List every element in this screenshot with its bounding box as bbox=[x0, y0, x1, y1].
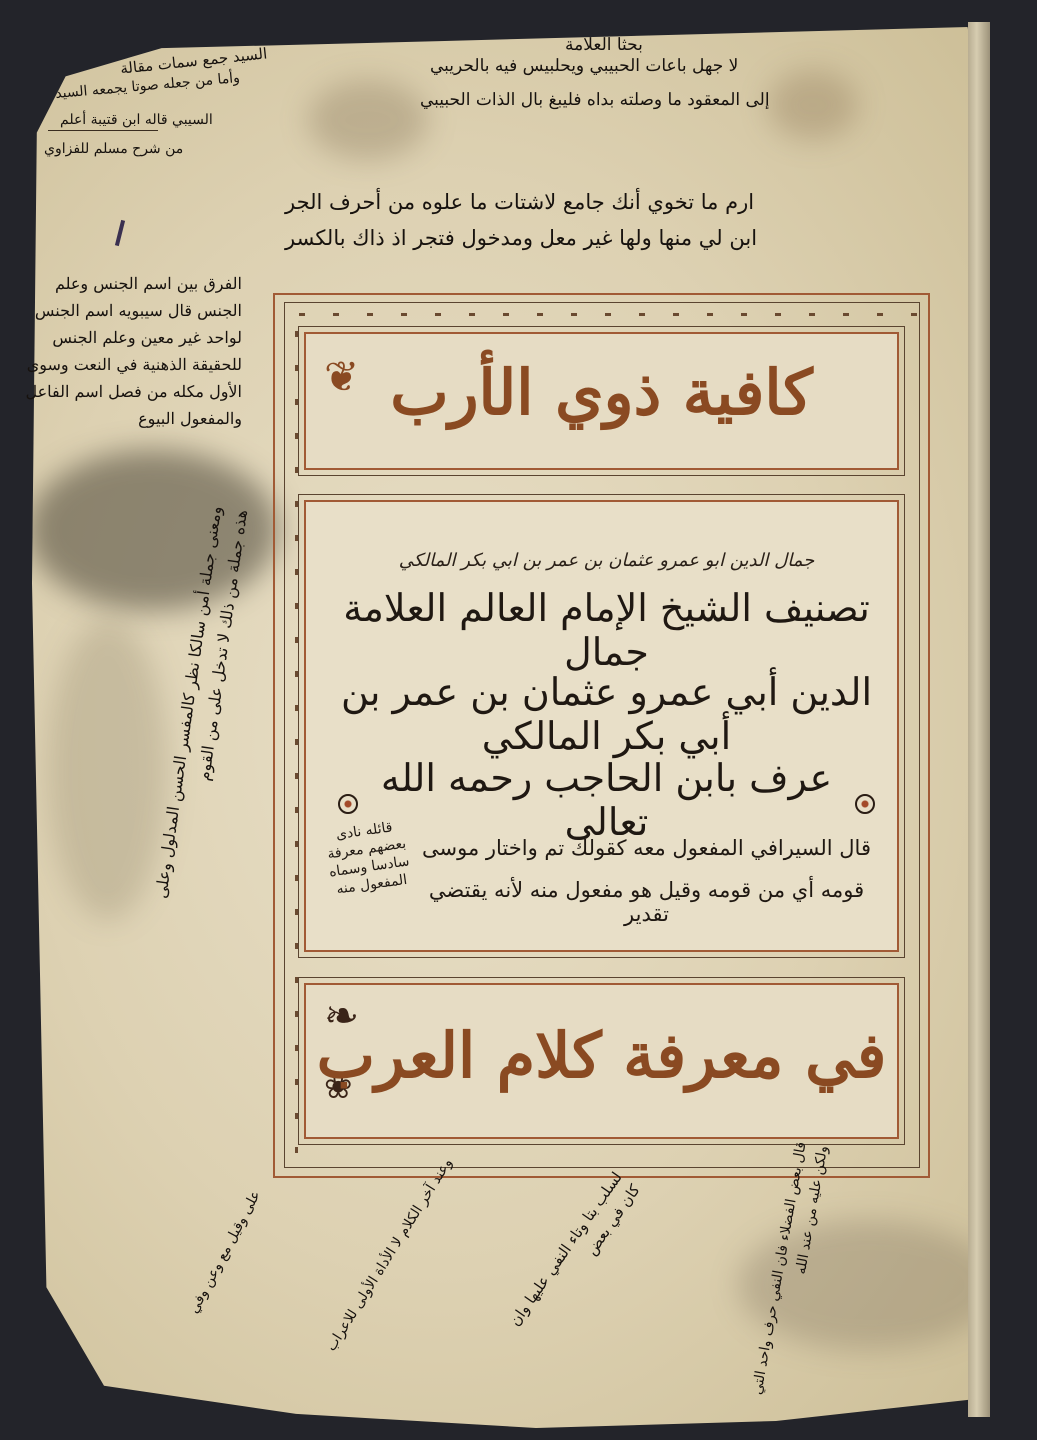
water-stain bbox=[308, 80, 428, 160]
margin-note-top: السيبي قاله ابن قتيبة أعلم bbox=[60, 112, 213, 128]
title-panel-top: ❦ كافية ذوي الأرب bbox=[304, 332, 899, 470]
note-line: قال السيرافي المفعول معه كقولك تم واختار… bbox=[416, 836, 877, 860]
title-text-top: كافية ذوي الأرب bbox=[306, 356, 897, 429]
title-text-bottom: في معرفة كلام العرب bbox=[306, 1019, 897, 1092]
main-text-line: عرف بابن الحاجب رحمه الله تعالى bbox=[336, 756, 877, 844]
divider-rule bbox=[48, 130, 158, 131]
note-line: قومه أي من قومه وقيل هو مفعول منه لأنه ي… bbox=[416, 878, 877, 926]
verse-line: ارم ما تخوي أنك جامع لاشتات ما علوه من أ… bbox=[285, 190, 754, 214]
interlinear-gloss: جمال الدين ابو عمرو عثمان بن عمر بن ابي … bbox=[336, 550, 877, 571]
verse-line: ابن لي منها ولها غير معل ومدخول فتجر اذ … bbox=[285, 226, 757, 250]
water-stain bbox=[48, 620, 168, 920]
margin-note-top: بحثا العلامة bbox=[565, 35, 643, 55]
water-stain bbox=[768, 70, 858, 140]
margin-note-left: الفرق بين اسم الجنس وعلم الجنس قال سيبوي… bbox=[22, 270, 242, 432]
main-text-line: تصنيف الشيخ الإمام العالم العلامة جمال bbox=[336, 586, 877, 674]
margin-note-top: إلى المعقود ما وصلته بداه فليبغ بال الذا… bbox=[420, 90, 770, 110]
verse-marker-icon bbox=[855, 794, 875, 814]
main-text-panel: جمال الدين ابو عمرو عثمان بن عمر بن ابي … bbox=[304, 500, 899, 952]
margin-note-top: لا جهل باعات الحبيبي ويحلبيس فيه بالحريب… bbox=[430, 56, 738, 76]
margin-note-source: من شرح مسلم للفزاوي bbox=[44, 140, 183, 158]
side-gloss: قائله نادى بعضهم معرفة سادسا وسماه المفع… bbox=[315, 816, 420, 901]
main-text-line: الدين أبي عمرو عثمان بن عمر بن أبي بكر ا… bbox=[336, 670, 877, 758]
page-edge bbox=[968, 22, 990, 1417]
title-panel-bottom: ❧ ❀ في معرفة كلام العرب bbox=[304, 983, 899, 1139]
